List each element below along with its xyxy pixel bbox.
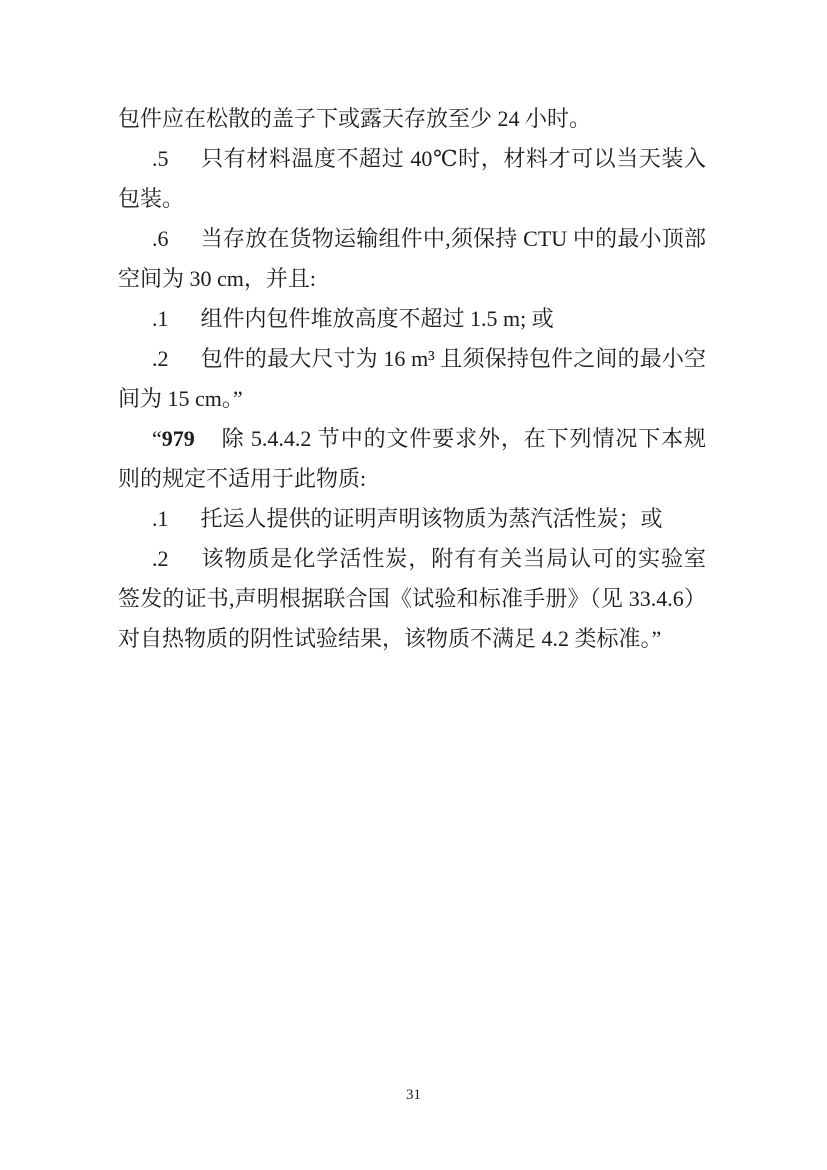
paragraph-text: 包件的最大尺寸为 16 m³ 且须保持包件之间的最小空间为 15 cm。” xyxy=(118,346,706,411)
paragraph-text: 当存放在货物运输组件中,须保持 CTU 中的最小顶部空间为 30 cm，并且: xyxy=(118,226,706,291)
provision-number: 979 xyxy=(162,426,195,451)
sub-list-item-2: .2包件的最大尺寸为 16 m³ 且须保持包件之间的最小空间为 15 cm。” xyxy=(118,339,706,419)
page-number: 31 xyxy=(0,1086,827,1104)
document-body: 包件应在松散的盖子下或露天存放至少 24 小时。 .5只有材料温度不超过 40℃… xyxy=(118,99,706,659)
paragraph-text: 除 5.4.4.2 节中的文件要求外，在下列情况下本规则的规定不适用于此物质: xyxy=(118,426,706,491)
paragraph-continuation: 包件应在松散的盖子下或露天存放至少 24 小时。 xyxy=(118,99,706,139)
special-provision-979: “979除 5.4.4.2 节中的文件要求外，在下列情况下本规则的规定不适用于此… xyxy=(118,419,706,499)
item-marker: .2 xyxy=(152,346,169,371)
provision-sub-item-1: .1托运人提供的证明声明该物质为蒸汽活性炭；或 xyxy=(118,499,706,539)
list-item-5: .5只有材料温度不超过 40℃时，材料才可以当天装入包装。 xyxy=(118,139,706,219)
paragraph-text: 包件应在松散的盖子下或露天存放至少 24 小时。 xyxy=(118,106,591,131)
item-marker: .6 xyxy=(152,226,169,251)
list-item-6: .6当存放在货物运输组件中,须保持 CTU 中的最小顶部空间为 30 cm，并且… xyxy=(118,219,706,299)
item-marker: .1 xyxy=(152,306,169,331)
paragraph-text: 该物质是化学活性炭，附有有关当局认可的实验室签发的证书,声明根据联合国《试验和标… xyxy=(118,546,706,651)
paragraph-text: 托运人提供的证明声明该物质为蒸汽活性炭；或 xyxy=(201,506,663,531)
document-page: 包件应在松散的盖子下或露天存放至少 24 小时。 .5只有材料温度不超过 40℃… xyxy=(0,0,827,1170)
paragraph-text: 只有材料温度不超过 40℃时，材料才可以当天装入包装。 xyxy=(118,146,706,211)
item-marker: .2 xyxy=(152,546,169,571)
sub-list-item-1: .1组件内包件堆放高度不超过 1.5 m; 或 xyxy=(118,299,706,339)
provision-sub-item-2: .2该物质是化学活性炭，附有有关当局认可的实验室签发的证书,声明根据联合国《试验… xyxy=(118,539,706,659)
paragraph-text: 组件内包件堆放高度不超过 1.5 m; 或 xyxy=(201,306,554,331)
item-marker: .5 xyxy=(152,146,169,171)
open-quote: “ xyxy=(152,426,162,451)
item-marker: .1 xyxy=(152,506,169,531)
provision-heading: “979 xyxy=(152,426,195,451)
